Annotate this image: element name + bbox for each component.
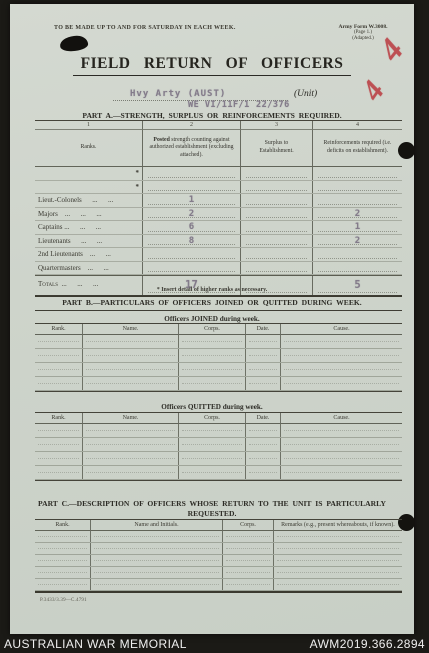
- header-row: Rank. Name. Corps. Date. Cause.: [35, 413, 402, 424]
- header-rank: Rank.: [35, 520, 90, 531]
- part-a-footnote: * Insert detail of higher ranks as neces…: [10, 287, 414, 293]
- unit-label: (Unit): [294, 89, 317, 99]
- header-corps: Corps.: [178, 324, 245, 335]
- header-date: Date.: [245, 324, 280, 335]
- page-title-wrap: FIELD RETURN OF OFFICERS: [10, 55, 414, 76]
- asterisk: *: [136, 169, 140, 177]
- table-row: [35, 349, 402, 363]
- part-b-heading: PART B.—PARTICULARS OF OFFICERS JOINED O…: [10, 298, 414, 307]
- catalog-number: AWM2019.366.2894: [310, 637, 425, 651]
- header-row: Rank. Name and Initials. Corps. Remarks …: [35, 520, 402, 531]
- reinforcements-value: 2: [313, 209, 402, 219]
- divider: [35, 295, 402, 296]
- rank-label: Quartermasters ... ...: [38, 264, 109, 272]
- rank-label: Lieutenants ... ...: [38, 237, 102, 245]
- reinforcements-value: 1: [313, 222, 402, 232]
- divider: [35, 310, 402, 311]
- header-name: Name.: [82, 413, 178, 424]
- table-row: *: [35, 181, 402, 195]
- joined-table-title: Officers JOINED during week.: [10, 315, 414, 323]
- table-row: [35, 424, 402, 438]
- col-number: 2: [142, 121, 240, 130]
- part-a-table: 1 2 3 4 Ranks. Posted strength counting …: [35, 120, 402, 297]
- header-corps: Corps.: [178, 413, 245, 424]
- header-row: Rank. Name. Corps. Date. Cause.: [35, 324, 402, 335]
- header-row: Ranks. Posted strength counting against …: [35, 130, 402, 167]
- header-name: Name.: [82, 324, 178, 335]
- part-c-table: Rank. Name and Initials. Corps. Remarks …: [35, 519, 402, 593]
- table-row: [35, 363, 402, 377]
- header-name-initials: Name and Initials.: [90, 520, 222, 531]
- col-number: 3: [240, 121, 312, 130]
- unit-typed-value: Hvy Arty (AUST): [130, 89, 226, 99]
- table-row: Lieut.-Colonels ... ... 1: [35, 194, 402, 208]
- header-date: Date.: [245, 413, 280, 424]
- part-c-heading-line2: REQUESTED.: [10, 509, 414, 518]
- header-remarks: Remarks (e.g., present whereabouts, if k…: [273, 520, 402, 531]
- header-rank: Rank.: [35, 413, 82, 424]
- header-rank: Rank.: [35, 324, 82, 335]
- rank-label: Majors ... ... ...: [38, 210, 102, 218]
- header-posted: Posted strength counting against authori…: [142, 130, 240, 167]
- posted-value: 8: [143, 236, 240, 246]
- table-row: Lieutenants ... ... 8 2: [35, 235, 402, 249]
- header-cause: Cause.: [280, 324, 402, 335]
- table-row: [35, 438, 402, 452]
- posted-value: 2: [143, 209, 240, 219]
- header-cause: Cause.: [280, 413, 402, 424]
- printer-imprint: P.3433/3.39—C.4791: [40, 598, 87, 603]
- reinforcements-value: 2: [313, 236, 402, 246]
- table-row: [35, 579, 402, 591]
- table-row: [35, 452, 402, 466]
- table-row: [35, 466, 402, 480]
- rank-label: Lieut.-Colonels ... ...: [38, 196, 113, 204]
- posted-value: 6: [143, 222, 240, 232]
- table-row: *: [35, 167, 402, 181]
- header-surplus: Surplus to Establishment.: [240, 130, 312, 167]
- part-a-heading: PART A.—STRENGTH, SURPLUS OR REINFORCEME…: [10, 111, 414, 120]
- table-row: [35, 377, 402, 391]
- page-title: FIELD RETURN OF OFFICERS: [73, 55, 352, 76]
- table-row: Captains ... ... ... 6 1: [35, 221, 402, 235]
- table-row: Majors ... ... ... 2 2: [35, 208, 402, 222]
- establishment-ref-number: 22/376: [256, 100, 290, 110]
- officers-quitted-table: Rank. Name. Corps. Date. Cause.: [35, 412, 402, 481]
- establishment-ref: WE VI/11F/1: [188, 100, 250, 110]
- table-row: [35, 335, 402, 349]
- column-number-row: 1 2 3 4: [35, 121, 402, 130]
- rank-label: 2nd Lieutenants ... ...: [38, 250, 111, 258]
- rank-label: Captains ... ... ...: [38, 223, 101, 231]
- col-number: 1: [35, 121, 142, 130]
- table-row: [35, 543, 402, 555]
- document-sheet: TO BE MADE UP TO AND FOR SATURDAY IN EAC…: [10, 4, 414, 634]
- header-ranks: Ranks.: [35, 130, 142, 167]
- header-reinforcements: Reinforcements required (i.e. deficits o…: [312, 130, 402, 167]
- table-row: [35, 567, 402, 579]
- part-c-heading-line1: PART C.—DESCRIPTION OF OFFICERS WHOSE RE…: [10, 499, 414, 508]
- table-row: 2nd Lieutenants ... ...: [35, 248, 402, 262]
- header-corps: Corps.: [222, 520, 273, 531]
- table-row: [35, 555, 402, 567]
- archive-name: AUSTRALIAN WAR MEMORIAL: [4, 637, 187, 651]
- asterisk: *: [136, 183, 140, 191]
- top-note: TO BE MADE UP TO AND FOR SATURDAY IN EAC…: [54, 25, 236, 31]
- red-pen-annotation: 4: [355, 75, 391, 107]
- col-number: 4: [312, 121, 402, 130]
- table-row: [35, 531, 402, 543]
- table-row: Quartermasters ... ...: [35, 262, 402, 276]
- quitted-table-title: Officers QUITTED during week.: [10, 403, 414, 411]
- officers-joined-table: Rank. Name. Corps. Date. Cause.: [35, 323, 402, 392]
- posted-value: 1: [143, 195, 240, 205]
- ink-smudge: [59, 35, 88, 53]
